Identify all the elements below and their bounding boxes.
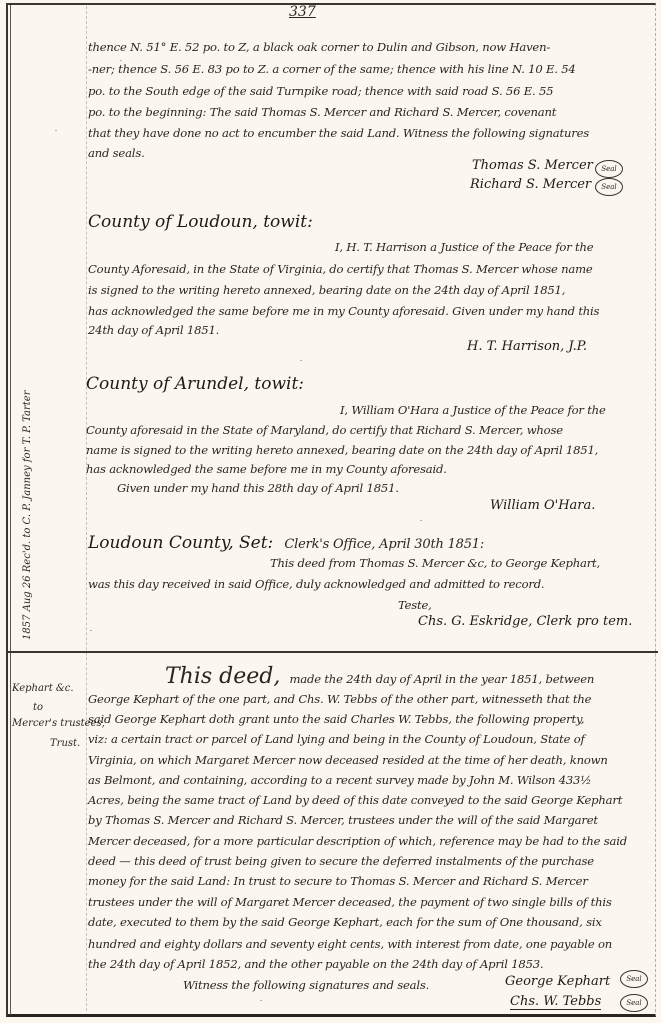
paper-speck (55, 130, 57, 131)
clerk-office-date: Clerk's Office, April 30th 1851: (284, 537, 484, 552)
paper-speck (120, 60, 122, 61)
signature-eskridge: Chs. G. Eskridge, Clerk pro tem. (418, 614, 632, 629)
text-line: Acres, being the same tract of Land by d… (88, 793, 622, 807)
text-line: money for the said Land: In trust to sec… (88, 874, 588, 888)
text-line: Given under my hand this 28th day of Apr… (117, 481, 399, 495)
text-line: Virginia, on which Margaret Mercer now d… (88, 753, 608, 767)
text-line: the 24th day of April 1852, and the othe… (88, 957, 543, 971)
text-line: deed — this deed of trust being given to… (88, 854, 594, 868)
text-line: George Kephart of the one part, and Chs.… (88, 692, 591, 706)
text-line: -ner; thence S. 56 E. 83 po to Z. a corn… (88, 62, 576, 76)
text-line: said George Kephart doth grant unto the … (88, 712, 584, 726)
page-number: 337 (289, 4, 316, 20)
paper-speck (260, 1000, 262, 1001)
signature-tebbs: Chs. W. Tebbs (510, 994, 601, 1010)
text-line: I, H. T. Harrison a Justice of the Peace… (335, 240, 593, 254)
text-line: thence N. 51° E. 52 po. to Z, a black oa… (88, 40, 550, 54)
text-line: trustees under the will of Margaret Merc… (88, 895, 612, 909)
margin-guide-line (86, 6, 87, 1011)
text-line: hundred and eighty dollars and seventy e… (88, 937, 612, 951)
seal-icon: Seal (595, 160, 623, 178)
signature-thomas-mercer: Thomas S. Mercer (472, 158, 593, 173)
text-line: I, William O'Hara a Justice of the Peace… (340, 403, 606, 417)
text-line: was this day received in said Office, du… (88, 577, 544, 591)
text-line: has acknowledged the same before me in m… (88, 304, 599, 318)
seal-icon: Seal (595, 178, 623, 196)
text-line: that they have done no act to encumber t… (88, 126, 589, 140)
seal-icon: Seal (620, 994, 648, 1012)
witness-clause: Witness the following signatures and sea… (183, 978, 429, 992)
deed-opening: This deed, (165, 664, 280, 689)
text-line: made the 24th day of April in the year 1… (289, 672, 594, 686)
deed-first-line: This deed, made the 24th day of April in… (165, 664, 594, 689)
signature-harrison: H. T. Harrison, J.P. (467, 339, 587, 354)
text-line: as Belmont, and containing, according to… (88, 773, 591, 787)
text-line: County aforesaid in the State of Marylan… (86, 423, 563, 437)
page-border-inner-line (10, 5, 11, 1015)
text-line: This deed from Thomas S. Mercer &c, to G… (270, 556, 600, 570)
signature-richard-mercer: Richard S. Mercer (470, 177, 591, 192)
paper-speck (300, 360, 302, 361)
margin-note-line: to (33, 702, 43, 713)
text-line: and seals. (88, 146, 145, 160)
text-line: is signed to the writing hereto annexed,… (88, 283, 565, 297)
margin-note-line: Trust. (50, 738, 80, 749)
text-line: Mercer deceased, for a more particular d… (88, 834, 627, 848)
text-line: name is signed to the writing hereto ann… (86, 443, 598, 457)
text-line: viz: a certain tract or parcel of Land l… (88, 732, 585, 746)
signature-ohara: William O'Hara. (490, 498, 595, 513)
clerk-heading-row: Loudoun County, Set: Clerk's Office, Apr… (88, 533, 484, 553)
margin-note-line: Kephart &c. (12, 683, 74, 694)
teste-label: Teste, (398, 598, 432, 612)
text-line: po. to the beginning: The said Thomas S.… (88, 105, 556, 119)
text-line: date, executed to them by the said Georg… (88, 915, 602, 929)
section-heading: County of Arundel, towit: (86, 374, 304, 394)
paper-speck (420, 520, 422, 521)
text-line: by Thomas S. Mercer and Richard S. Merce… (88, 813, 598, 827)
text-line: County Aforesaid, in the State of Virgin… (88, 262, 593, 276)
deed-book-page: 337 thence N. 51° E. 52 po. to Z, a blac… (0, 0, 661, 1023)
paper-speck (90, 630, 92, 631)
text-line: po. to the South edge of the said Turnpi… (88, 84, 553, 98)
seal-icon: Seal (620, 970, 648, 988)
signature-kephart: George Kephart (505, 974, 610, 989)
section-divider (8, 651, 658, 653)
section-heading: Loudoun County, Set: (88, 533, 273, 553)
margin-note-release: 1857 Aug 26 Rec'd. to C. P. Janney for T… (22, 390, 33, 640)
text-line: has acknowledged the same before me in m… (86, 462, 447, 476)
section-heading: County of Loudoun, towit: (88, 212, 313, 232)
text-line: 24th day of April 1851. (88, 323, 219, 337)
